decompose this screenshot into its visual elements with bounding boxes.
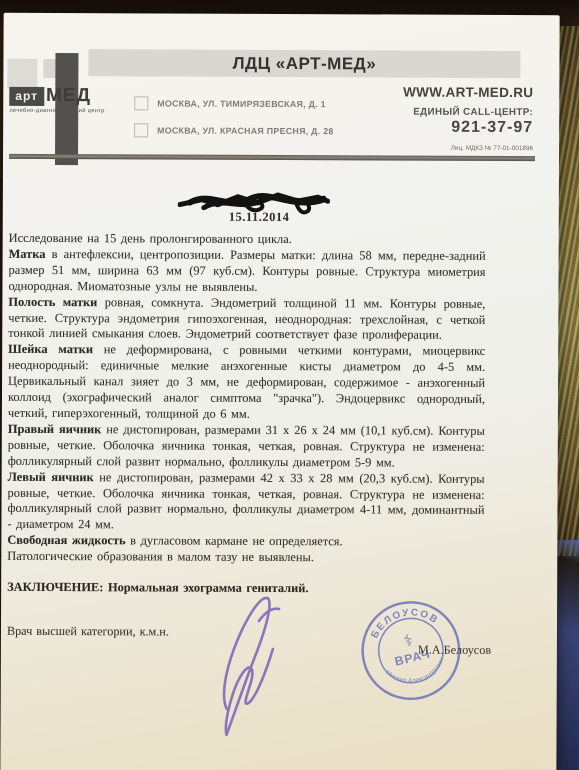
address-row: МОСКВА, УЛ. ТИМИРЯЗЕВСКАЯ, Д. 1 xyxy=(134,96,326,111)
license-number: Лиц. МДКЗ № 77-01-001896 xyxy=(403,145,533,153)
logo-art-text: арт xyxy=(9,86,44,105)
doctor-signature xyxy=(196,591,297,741)
doctor-name: М.А.Белоусов xyxy=(418,643,491,658)
paragraph-lead: Левый яичник xyxy=(8,469,94,483)
call-center-label: ЕДИНЫЙ CALL-ЦЕНТР: xyxy=(403,107,533,119)
paragraph-lead: Свободная жидкость xyxy=(7,533,125,548)
address-label: МОСКВА, УЛ. КРАСНАЯ ПРЕСНЯ, Д. 28 xyxy=(157,125,334,136)
logo-wordmark: арт МЕД xyxy=(9,86,91,106)
conclusion-label: ЗАКЛЮЧЕНИЕ: xyxy=(7,580,103,594)
report-paragraph-left-ovary: Левый яичник не дистопирован, размерами … xyxy=(7,469,484,535)
report-date: 15.11.2014 xyxy=(229,210,290,225)
document-paper: ЛДЦ «АРТ-МЕД» арт МЕД лечебно-диагностич… xyxy=(0,13,559,770)
report-paragraph-cervix: Шейка матки не деформирована, с ровными … xyxy=(8,342,485,424)
address-checkbox-icon xyxy=(134,96,148,110)
contact-block: WWW.ART-MED.RU ЕДИНЫЙ CALL-ЦЕНТР: 921-37… xyxy=(403,85,533,153)
logo-square-icon xyxy=(7,59,37,89)
report-body: Исследование на 15 день пролонгированног… xyxy=(7,231,486,598)
address-checkbox-icon xyxy=(134,123,148,137)
report-paragraph-right-ovary: Правый яичник не дистопирован, размерами… xyxy=(8,422,485,472)
clinic-logo: арт МЕД лечебно-диагностический центр xyxy=(3,53,113,163)
phone-number: 921-37-97 xyxy=(403,119,533,138)
paragraph-lead: Правый яичник xyxy=(8,422,102,436)
website-url: WWW.ART-MED.RU xyxy=(403,85,533,101)
paragraph-lead: Матка xyxy=(9,247,46,261)
report-paragraph-cavity: Полость матки ровная, сомкнута. Эндометр… xyxy=(8,294,485,344)
address-label: МОСКВА, УЛ. ТИМИРЯЗЕВСКАЯ, Д. 1 xyxy=(157,98,326,109)
paragraph-lead: Полость матки xyxy=(8,294,97,308)
paragraph-lead: Шейка матки xyxy=(8,342,93,356)
clinic-title: ЛДЦ «АРТ-МЕД» xyxy=(233,53,377,74)
report-paragraph-pathology: Патологические образования в малом тазу … xyxy=(7,549,484,567)
report-paragraph-uterus: Матка в антефлексии, центропозиции. Разм… xyxy=(8,247,485,297)
logo-med-text: МЕД xyxy=(46,85,91,107)
doctor-title: Врач высшей категории, к.м.н. xyxy=(7,624,169,640)
aesculapius-icon: ⚕ xyxy=(402,631,415,651)
signature-ink-icon xyxy=(224,598,279,735)
address-row: МОСКВА, УЛ. КРАСНАЯ ПРЕСНЯ, Д. 28 xyxy=(134,123,334,138)
clinic-title-band: ЛДЦ «АРТ-МЕД» xyxy=(88,49,520,78)
logo-tagline: лечебно-диагностический центр xyxy=(9,108,104,114)
